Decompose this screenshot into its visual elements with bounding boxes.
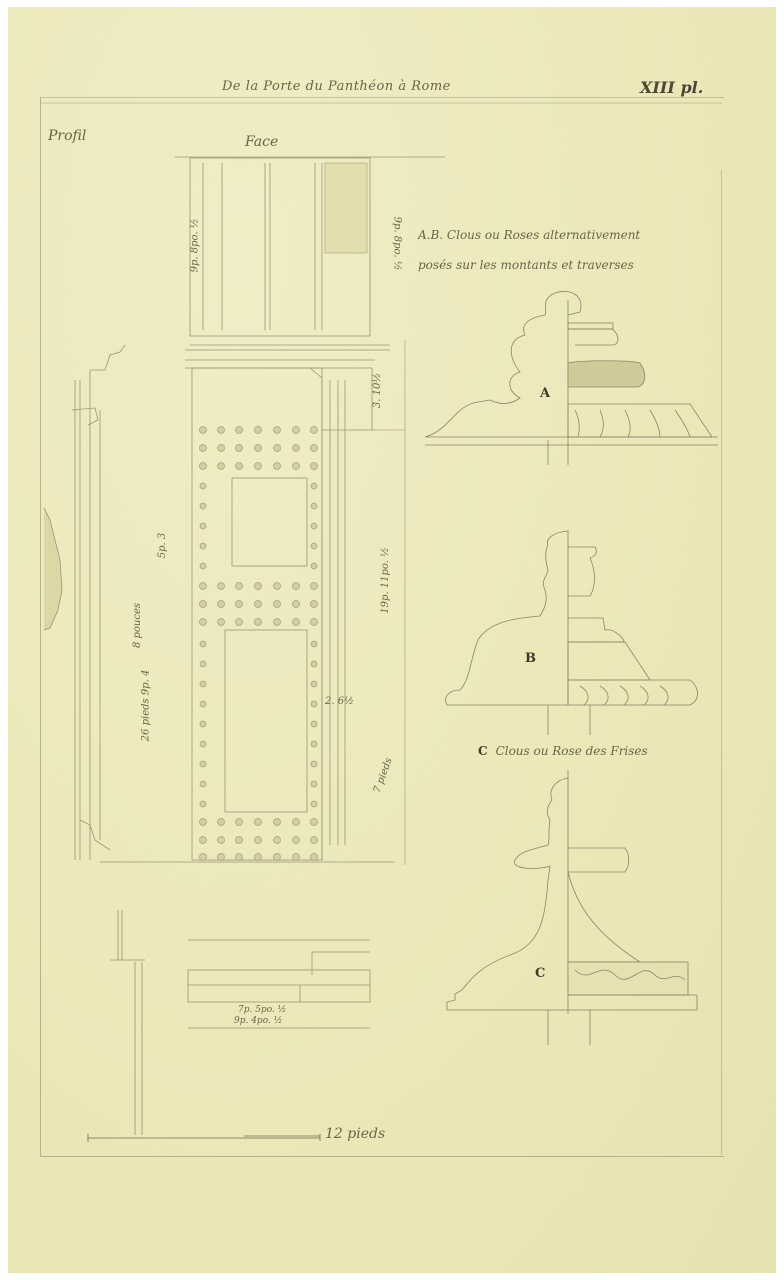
detail-a [425,291,718,465]
face-upper-panel [175,157,445,345]
dim-door-left-lower: 26 pieds 9p. 4 [140,670,151,742]
detail-letter-a: A [540,386,550,401]
dim-upper-right: 9p. 8po. ½ [391,217,402,271]
detail-b [446,530,698,735]
dim-door-height-right: 19p. 11po. ½ [380,547,391,614]
profile-section [44,345,125,860]
detail-letter-b: B [525,651,536,666]
dim-door-left-mid: 8 pouces [132,603,143,648]
detail-c [447,770,697,1045]
dim-cornice-right: 3. 10½ [372,373,383,408]
dim-door-mid-right: 2. 6½ [325,696,354,707]
dim-door-left-upper: 5p. 3 [157,533,168,558]
face-door [100,350,395,862]
scale-bar [88,1134,320,1142]
architectural-drawing [0,0,784,1280]
dim-upper-left: 9p. 8po. ½ [189,219,200,273]
dim-base-width-2: 9p. 4po. ½ [234,1016,282,1026]
detail-letter-c: C [535,966,545,981]
dim-base-width-1: 7p. 5po. ½ [238,1005,286,1015]
